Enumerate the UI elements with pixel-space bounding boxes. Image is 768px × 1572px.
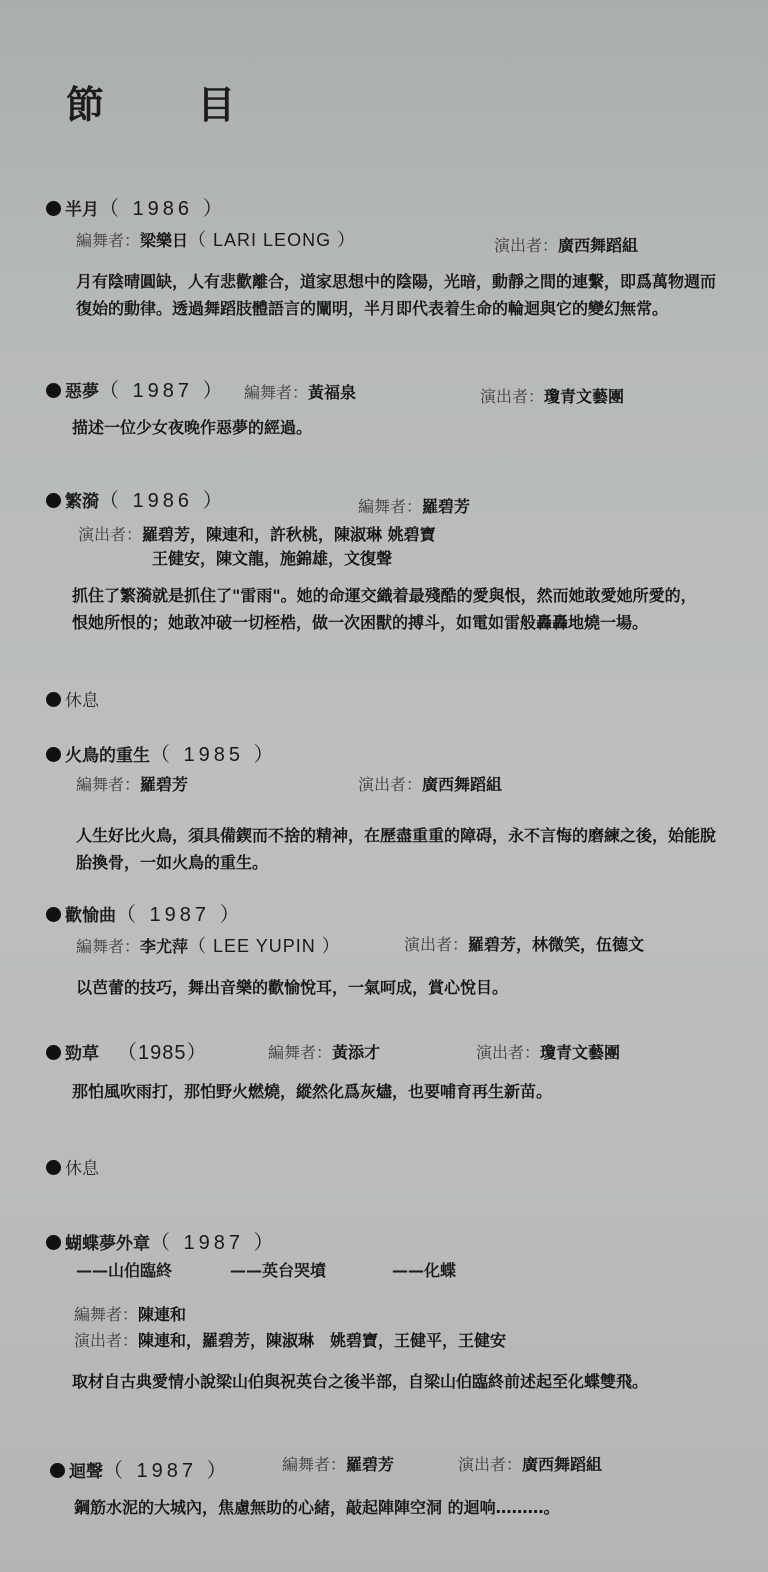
choreographer-label: 編舞者： [358,497,422,516]
performer-line: 演出者：羅碧芳，林微笑，伍德文 [404,932,644,955]
program-item-title: 蝴蝶夢外章（ 1987 ） [46,1226,278,1255]
choreographer-latin: （ LEE YUPIN ） [188,936,341,956]
program-item-title: 勁草（1985） [46,1036,208,1065]
bullet-icon [46,1235,61,1250]
performer-line: 演出者：瓊青文藝團 [476,1040,620,1063]
choreographer-name: 羅碧芳 [422,497,470,516]
bullet-icon [46,383,61,398]
program-item-title: 惡夢（ 1987 ） [46,374,227,403]
item-name: 迴聲 [69,1462,103,1482]
item-year: （ 1987 ） [150,1232,278,1254]
performer-line: 演出者：廣西舞蹈組 [458,1452,602,1475]
performer-line: 演出者：陳連和，羅碧芳，陳淑琳 姚碧寶，王健平，王健安 [74,1328,506,1351]
item-year: （ 1985 ） [150,744,278,766]
item-name: 惡夢 [65,382,99,402]
section-subtitle: ——英台哭墳 [230,1258,326,1281]
performer-label: 演出者： [480,387,544,406]
performer-name: 瓊青文藝團 [544,387,624,406]
performer-label: 演出者： [458,1455,522,1474]
choreographer-name: 黃添才 [332,1043,380,1062]
choreographer-label: 編舞者： [268,1043,332,1062]
choreographer-line: 編舞者：黃添才 [268,1040,380,1063]
performer-name: 羅碧芳，林微笑，伍德文 [468,935,644,954]
item-description: 月有陰晴圓缺，人有悲歡離合，道家思想中的陰陽，光暗，動靜之間的連繫，即爲萬物週而… [76,268,716,322]
bullet-icon [46,907,61,922]
page-title: 節 目 [66,74,275,129]
performer-names-line1: 羅碧芳，陳連和，許秋桃，陳淑琳 姚碧寶 [142,525,436,544]
performer-label: 演出者： [78,525,142,544]
choreographer-name: 羅碧芳 [140,775,188,794]
item-year: （1985） [117,1042,208,1064]
item-name: 歡愉曲 [65,906,116,926]
choreographer-name: 梁樂日 [140,231,188,250]
intermission-label: 休息 [65,1159,99,1179]
item-description: 以芭蕾的技巧，舞出音樂的歡愉悅耳，一氣呵成，賞心悅目。 [76,974,716,1001]
intermission-label: 休息 [65,691,99,711]
performer-name: 瓊青文藝團 [540,1043,620,1062]
bullet-icon [46,692,61,707]
bullet-icon [46,747,61,762]
choreographer-name: 陳連和 [138,1305,186,1324]
choreographer-latin: （ LARI LEONG ） [188,230,356,250]
program-page: 節 目 半月（ 1986 ） 編舞者：梁樂日（ LARI LEONG ） 演出者… [0,0,768,1572]
performer-name: 廣西舞蹈組 [522,1455,602,1474]
choreographer-line: 編舞者：黃福泉 [244,380,356,403]
item-description: 描述一位少女夜晚作惡夢的經過。 [72,414,712,441]
performer-line: 演出者：廣西舞蹈組 [358,772,502,795]
performer-names-line2: 王健安，陳文龍，施錦雄，文復聲 [152,549,392,568]
choreographer-label: 編舞者： [282,1455,346,1474]
performer-name: 廣西舞蹈組 [422,775,502,794]
performer-line: 演出者：廣西舞蹈組 [494,233,638,256]
choreographer-line: 編舞者：羅碧芳 [282,1452,394,1475]
item-name: 蝴蝶夢外章 [65,1234,150,1254]
choreographer-label: 編舞者： [76,231,140,250]
section-subtitle: ——化蝶 [392,1258,456,1281]
performer-label: 演出者： [74,1331,138,1350]
item-name: 火鳥的重生 [65,746,150,766]
choreographer-label: 編舞者： [76,937,140,956]
performer-name: 廣西舞蹈組 [558,236,638,255]
bullet-icon [50,1463,65,1478]
choreographer-line: 編舞者：李尤萍（ LEE YUPIN ） [76,932,341,958]
program-item-title: 火鳥的重生（ 1985 ） [46,738,278,767]
intermission: 休息 [46,1154,99,1179]
program-item-title: 繁漪（ 1986 ） [46,484,227,513]
program-item-title: 半月（ 1986 ） [46,192,227,221]
item-name: 勁草 [65,1044,99,1064]
performer-label: 演出者： [476,1043,540,1062]
item-year: （ 1987 ） [99,380,227,402]
item-description: 人生好比火鳥，須具備鍥而不捨的精神，在歷盡重重的障碍，永不言悔的磨練之後，始能脫… [76,822,716,876]
performer-label: 演出者： [494,236,558,255]
item-description: 那怕風吹雨打，那怕野火燃燒，縱然化爲灰燼，也要哺育再生新苗。 [72,1078,712,1105]
choreographer-label: 編舞者： [244,383,308,402]
item-name: 半月 [65,200,99,220]
item-year: （ 1987 ） [116,904,244,926]
performer-line-2: 王健安，陳文龍，施錦雄，文復聲 [152,546,392,569]
bullet-icon [46,493,61,508]
item-year: （ 1986 ） [99,490,227,512]
choreographer-line: 編舞者：梁樂日（ LARI LEONG ） [76,226,356,252]
bullet-icon [46,201,61,216]
bullet-icon [46,1045,61,1060]
choreographer-name: 羅碧芳 [346,1455,394,1474]
choreographer-line: 編舞者：羅碧芳 [76,772,188,795]
intermission: 休息 [46,686,99,711]
choreographer-name: 李尤萍 [140,937,188,956]
bullet-icon [46,1160,61,1175]
performer-line: 演出者：瓊青文藝團 [480,384,624,407]
item-description: 抓住了繁漪就是抓住了"雷雨"。她的命運交織着最殘酷的愛與恨，然而她敢愛她所愛的，… [72,582,712,636]
performer-name: 陳連和，羅碧芳，陳淑琳 姚碧寶，王健平，王健安 [138,1331,506,1350]
item-description: 鋼筋水泥的大城內，焦慮無助的心緒，敲起陣陣空洞 的迴响………。 [74,1494,714,1521]
program-item-title: 迴聲（ 1987 ） [50,1454,231,1483]
choreographer-line: 編舞者：陳連和 [74,1302,186,1325]
choreographer-label: 編舞者： [76,775,140,794]
choreographer-label: 編舞者： [74,1305,138,1324]
item-year: （ 1986 ） [99,198,227,220]
section-subtitle: ——山伯臨終 [76,1258,172,1281]
performer-label: 演出者： [404,935,468,954]
choreographer-line: 編舞者：羅碧芳 [358,494,470,517]
program-item-title: 歡愉曲（ 1987 ） [46,898,244,927]
item-name: 繁漪 [65,492,99,512]
item-description: 取材自古典愛情小說梁山伯與祝英台之後半部，自梁山伯臨終前述起至化蝶雙飛。 [72,1368,692,1395]
choreographer-name: 黃福泉 [308,383,356,402]
performer-label: 演出者： [358,775,422,794]
performer-line: 演出者：羅碧芳，陳連和，許秋桃，陳淑琳 姚碧寶 [78,522,436,545]
item-year: （ 1987 ） [103,1460,231,1482]
